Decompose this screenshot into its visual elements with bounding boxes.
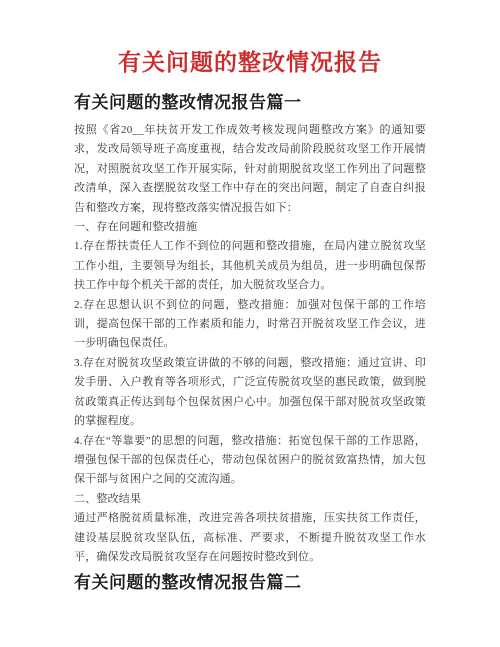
paragraph-item-3: 3.存在对脱贫攻坚政策宣讲做的不够的问题，整改措施：通过宣讲、印发手册、入户教育… <box>74 354 426 432</box>
paragraph-item-4: 4.存在“等靠要”的思想的问题，整改措施：拓宽包保干部的工作思路，增强包保干部的… <box>74 432 426 490</box>
paragraph-subheading-results: 二、整改结果 <box>74 490 426 509</box>
paragraph-results: 通过严格脱贫质量标准，改进完善各项扶贫措施，压实扶贫工作责任，建设基层脱贫攻坚队… <box>74 509 426 567</box>
paragraph-item-2: 2.存在思想认识不到位的问题，整改措施：加强对包保干部的工作培训，提高包保干部的… <box>74 296 426 354</box>
section-heading-part-one: 有关问题的整改情况报告篇一 <box>74 92 426 114</box>
document-page: 有关问题的整改情况报告 有关问题的整改情况报告篇一 按照《省20__年扶贫开发工… <box>74 0 426 594</box>
section-heading-part-two: 有关问题的整改情况报告篇二 <box>74 572 426 594</box>
paragraph-item-1: 1.存在帮扶责任人工作不到位的问题和整改措施，在局内建立脱贫攻坚工作小组，主要领… <box>74 237 426 295</box>
paragraph-intro: 按照《省20__年扶贫开发工作成效考核发现问题整改方案》的通知要求，发改局领导班… <box>74 121 426 218</box>
paragraph-subheading-problems: 一、存在问题和整改措施 <box>74 218 426 237</box>
document-body: 按照《省20__年扶贫开发工作成效考核发现问题整改方案》的通知要求，发改局领导班… <box>74 121 426 567</box>
document-title: 有关问题的整改情况报告 <box>74 48 426 78</box>
